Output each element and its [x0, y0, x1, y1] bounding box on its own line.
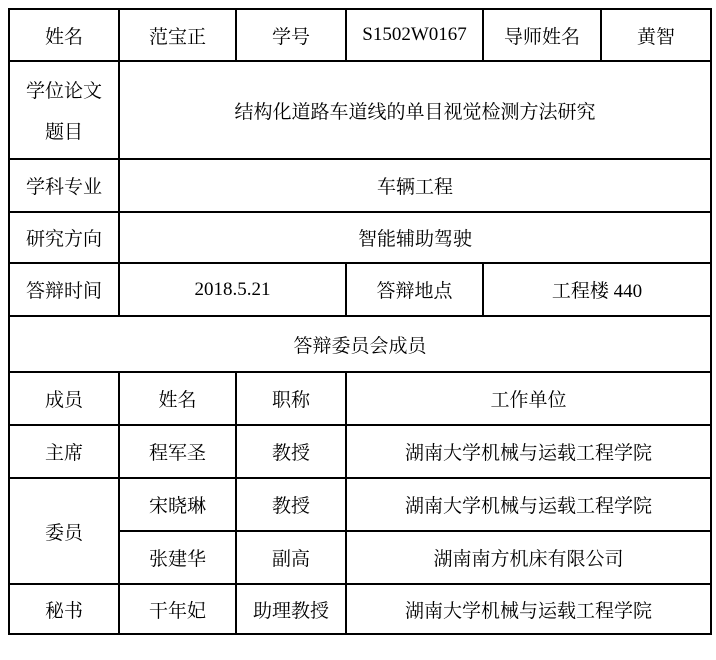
row-committee-secretary: 秘书 干年妃 助理教授 湖南大学机械与运载工程学院	[9, 584, 711, 634]
defense-form-table: 姓名 范宝正 学号 S1502W0167 导师姓名 黄智 学位论文 题目 结构化…	[8, 8, 712, 635]
member-name-cell: 张建华	[119, 531, 236, 584]
member-role-cell: 秘书	[9, 584, 119, 634]
defense-info-form: 姓名 范宝正 学号 S1502W0167 导师姓名 黄智 学位论文 题目 结构化…	[8, 8, 712, 635]
advisor-value-cell: 黄智	[601, 9, 711, 61]
member-title-cell: 助理教授	[236, 584, 346, 634]
row-committee-member-1: 委员 宋晓琳 教授 湖南大学机械与运载工程学院	[9, 478, 711, 531]
advisor-label-cell: 导师姓名	[483, 9, 601, 61]
member-name-cell: 程军圣	[119, 425, 236, 478]
student-id-value-cell: S1502W0167	[346, 9, 483, 61]
thesis-title-label: 学位论文 题目	[12, 63, 116, 157]
member-title-cell: 教授	[236, 478, 346, 531]
major-value-cell: 车辆工程	[119, 159, 711, 212]
thesis-label-line2: 题目	[45, 117, 83, 144]
committee-section-title-cell: 答辩委员会成员	[9, 316, 711, 372]
member-role-cell: 委员	[9, 478, 119, 584]
defense-place-value-cell: 工程楼 440	[483, 263, 711, 316]
row-major: 学科专业 车辆工程	[9, 159, 711, 212]
row-thesis-title: 学位论文 题目 结构化道路车道线的单目视觉检测方法研究	[9, 61, 711, 159]
committee-col-role-cell: 成员	[9, 372, 119, 425]
name-value-cell: 范宝正	[119, 9, 236, 61]
member-title-cell: 副高	[236, 531, 346, 584]
student-id-label-cell: 学号	[236, 9, 346, 61]
committee-col-name-cell: 姓名	[119, 372, 236, 425]
row-research-direction: 研究方向 智能辅助驾驶	[9, 212, 711, 263]
member-org-cell: 湖南大学机械与运载工程学院	[346, 425, 711, 478]
row-committee-chairman: 主席 程军圣 教授 湖南大学机械与运载工程学院	[9, 425, 711, 478]
member-name-cell: 宋晓琳	[119, 478, 236, 531]
committee-col-org-cell: 工作单位	[346, 372, 711, 425]
major-label-cell: 学科专业	[9, 159, 119, 212]
thesis-title-value-cell: 结构化道路车道线的单目视觉检测方法研究	[119, 61, 711, 159]
member-org-cell: 湖南南方机床有限公司	[346, 531, 711, 584]
row-committee-columns: 成员 姓名 职称 工作单位	[9, 372, 711, 425]
member-title-cell: 教授	[236, 425, 346, 478]
member-name-cell: 干年妃	[119, 584, 236, 634]
research-label-cell: 研究方向	[9, 212, 119, 263]
committee-col-title-cell: 职称	[236, 372, 346, 425]
thesis-title-label-cell: 学位论文 题目	[9, 61, 119, 159]
name-label-cell: 姓名	[9, 9, 119, 61]
row-defense-time-place: 答辩时间 2018.5.21 答辩地点 工程楼 440	[9, 263, 711, 316]
thesis-label-line1: 学位论文	[26, 76, 102, 103]
row-student-info: 姓名 范宝正 学号 S1502W0167 导师姓名 黄智	[9, 9, 711, 61]
defense-time-value-cell: 2018.5.21	[119, 263, 346, 316]
research-value-cell: 智能辅助驾驶	[119, 212, 711, 263]
defense-time-label-cell: 答辩时间	[9, 263, 119, 316]
row-committee-section-header: 答辩委员会成员	[9, 316, 711, 372]
member-role-cell: 主席	[9, 425, 119, 478]
member-org-cell: 湖南大学机械与运载工程学院	[346, 478, 711, 531]
defense-place-label-cell: 答辩地点	[346, 263, 483, 316]
member-org-cell: 湖南大学机械与运载工程学院	[346, 584, 711, 634]
